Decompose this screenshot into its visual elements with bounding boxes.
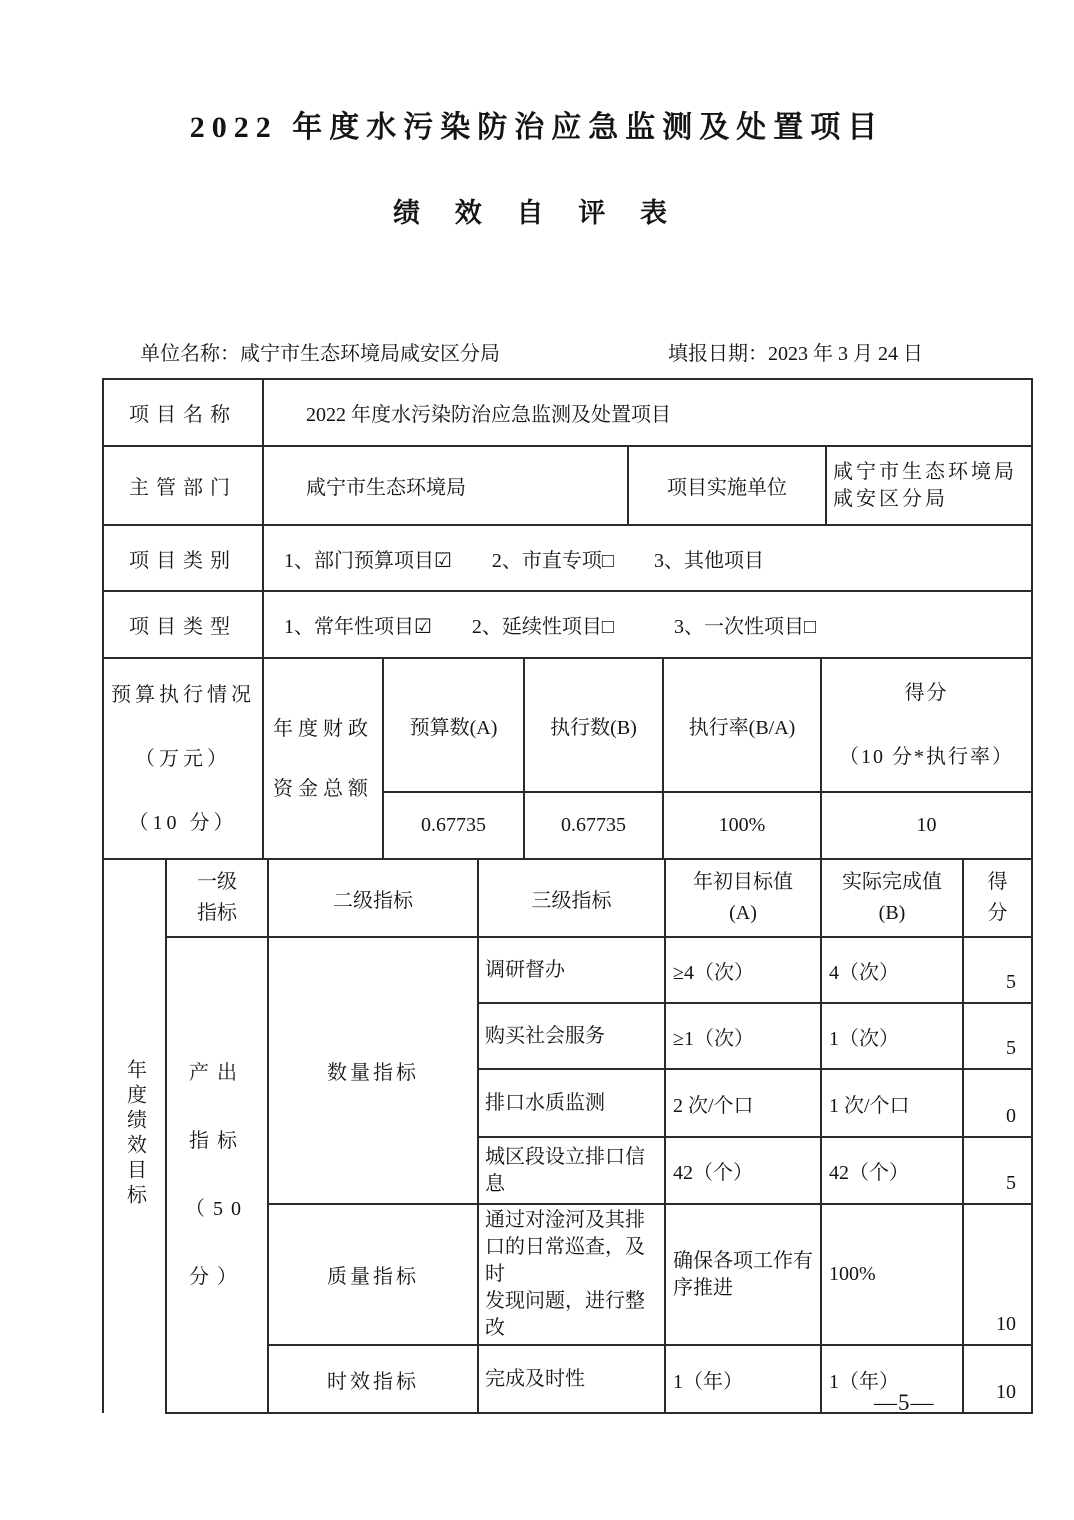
score-value-cell: 5 bbox=[963, 937, 1032, 1003]
target-value-cell: ≥1（次） bbox=[665, 1003, 821, 1069]
time-indicator-cell: 时效指标 bbox=[268, 1345, 478, 1413]
actual-value-cell: 1（次） bbox=[821, 1003, 963, 1069]
indicator-cell: 购买社会服务 bbox=[478, 1003, 665, 1069]
dept-value-cell: 咸宁市生态环境局 bbox=[263, 446, 628, 525]
report-date-text: 填报日期：2023 年 3 月 24 日 bbox=[668, 337, 923, 366]
performance-band: 年度绩效目标 一级 指标 二级指标 三级指标 年初目标值 (A) 实际完成值 (… bbox=[102, 858, 1033, 1414]
actual-value-cell: 42（个） bbox=[821, 1137, 963, 1204]
target-value-cell: 1（年） bbox=[665, 1345, 821, 1413]
type-band: 项目类型 1、常年性项目☑ 2、延续性项目□ 3、一次性项目□ bbox=[102, 590, 1033, 659]
indicator-cell: 排口水质监测 bbox=[478, 1069, 665, 1137]
indicator-cell: 调研督办 bbox=[478, 937, 665, 1003]
score-value-cell: 5 bbox=[963, 1137, 1032, 1204]
quantity-indicator-cell: 数量指标 bbox=[268, 937, 478, 1204]
dept-label-cell: 主管部门 bbox=[103, 446, 263, 525]
budget-col-b-cell: 执行数(B) bbox=[524, 658, 663, 792]
budget-b-value-cell: 0.67735 bbox=[524, 792, 663, 859]
annual-performance-target-cell: 年度绩效目标 bbox=[103, 859, 166, 1413]
budget-section-label-cell: 预算执行情况 （万元） （10 分） bbox=[103, 658, 263, 859]
category-band: 项目类别 1、部门预算项目☑ 2、市直专项□ 3、其他项目 bbox=[102, 524, 1033, 592]
document-page: 2022 年度水污染防治应急监测及处置项目 绩 效 自 评 表 单位名称：咸宁市… bbox=[0, 0, 1074, 1520]
project-name-label-cell: 项目名称 bbox=[103, 379, 263, 446]
actual-value-cell: 100% bbox=[821, 1204, 963, 1345]
indicator-cell: 完成及时性 bbox=[478, 1345, 665, 1413]
score-value-cell: 10 bbox=[963, 1345, 1032, 1413]
score-header-cell: 得 分 bbox=[963, 859, 1032, 937]
annual-performance-target-label: 年度绩效目标 bbox=[124, 1059, 146, 1209]
quality-indicator-cell: 质量指标 bbox=[268, 1204, 478, 1345]
unit-name-text: 单位名称：咸宁市生态环境局咸安区分局 bbox=[140, 337, 500, 366]
department-band: 主管部门 咸宁市生态环境局 项目实施单位 咸宁市生态环境局 咸安区分局 bbox=[102, 445, 1033, 526]
actual-header-cell: 实际完成值 (B) bbox=[821, 859, 963, 937]
score-value-cell: 5 bbox=[963, 1003, 1032, 1069]
level3-header-cell: 三级指标 bbox=[478, 859, 665, 937]
target-value-cell: 2 次/个口 bbox=[665, 1069, 821, 1137]
actual-value-cell: 4（次） bbox=[821, 937, 963, 1003]
fund-total-label-cell: 年度财政 资金总额 bbox=[263, 658, 383, 859]
type-value-cell: 1、常年性项目☑ 2、延续性项目□ 3、一次性项目□ bbox=[263, 591, 1032, 658]
category-label-cell: 项目类别 bbox=[103, 525, 263, 591]
budget-score-value-cell: 10 bbox=[821, 792, 1032, 859]
score-value-cell: 10 bbox=[963, 1204, 1032, 1345]
document-title: 2022 年度水污染防治应急监测及处置项目 bbox=[0, 102, 1074, 146]
impl-unit-value-cell: 咸宁市生态环境局 咸安区分局 bbox=[826, 446, 1032, 525]
indicator-cell: 城区段设立排口信 息 bbox=[478, 1137, 665, 1204]
page-number: —5— bbox=[874, 1390, 935, 1416]
budget-col-rate-cell: 执行率(B/A) bbox=[663, 658, 821, 792]
output-indicator-cell: 产出 指标 （50 分） bbox=[166, 937, 268, 1413]
document-subtitle: 绩 效 自 评 表 bbox=[0, 191, 1074, 230]
level2-header-cell: 二级指标 bbox=[268, 859, 478, 937]
budget-rate-value-cell: 100% bbox=[663, 792, 821, 859]
actual-value-cell: 1 次/个口 bbox=[821, 1069, 963, 1137]
type-label-cell: 项目类型 bbox=[103, 591, 263, 658]
target-value-cell: ≥4（次） bbox=[665, 937, 821, 1003]
budget-col-score-cell: 得分 （10 分*执行率） bbox=[821, 658, 1032, 792]
score-value-cell: 0 bbox=[963, 1069, 1032, 1137]
budget-col-a-cell: 预算数(A) bbox=[383, 658, 524, 792]
level1-header-cell: 一级 指标 bbox=[166, 859, 268, 937]
project-name-value-cell: 2022 年度水污染防治应急监测及处置项目 bbox=[263, 379, 1032, 446]
indicator-cell: 通过对淦河及其排 口的日常巡查，及时 发现问题，进行整改 bbox=[478, 1204, 665, 1345]
budget-band: 预算执行情况 （万元） （10 分） 年度财政 资金总额 预算数(A) 执行数(… bbox=[102, 657, 1033, 860]
project-name-band: 项目名称 2022 年度水污染防治应急监测及处置项目 bbox=[102, 378, 1033, 447]
impl-unit-label-cell: 项目实施单位 bbox=[628, 446, 826, 525]
target-header-cell: 年初目标值 (A) bbox=[665, 859, 821, 937]
target-value-cell: 确保各项工作有 序推进 bbox=[665, 1204, 821, 1345]
target-value-cell: 42（个） bbox=[665, 1137, 821, 1204]
evaluation-table: 项目名称 2022 年度水污染防治应急监测及处置项目 主管部门 咸宁市生态环境局… bbox=[102, 378, 1031, 1414]
category-value-cell: 1、部门预算项目☑ 2、市直专项□ 3、其他项目 bbox=[263, 525, 1032, 591]
budget-a-value-cell: 0.67735 bbox=[383, 792, 524, 859]
